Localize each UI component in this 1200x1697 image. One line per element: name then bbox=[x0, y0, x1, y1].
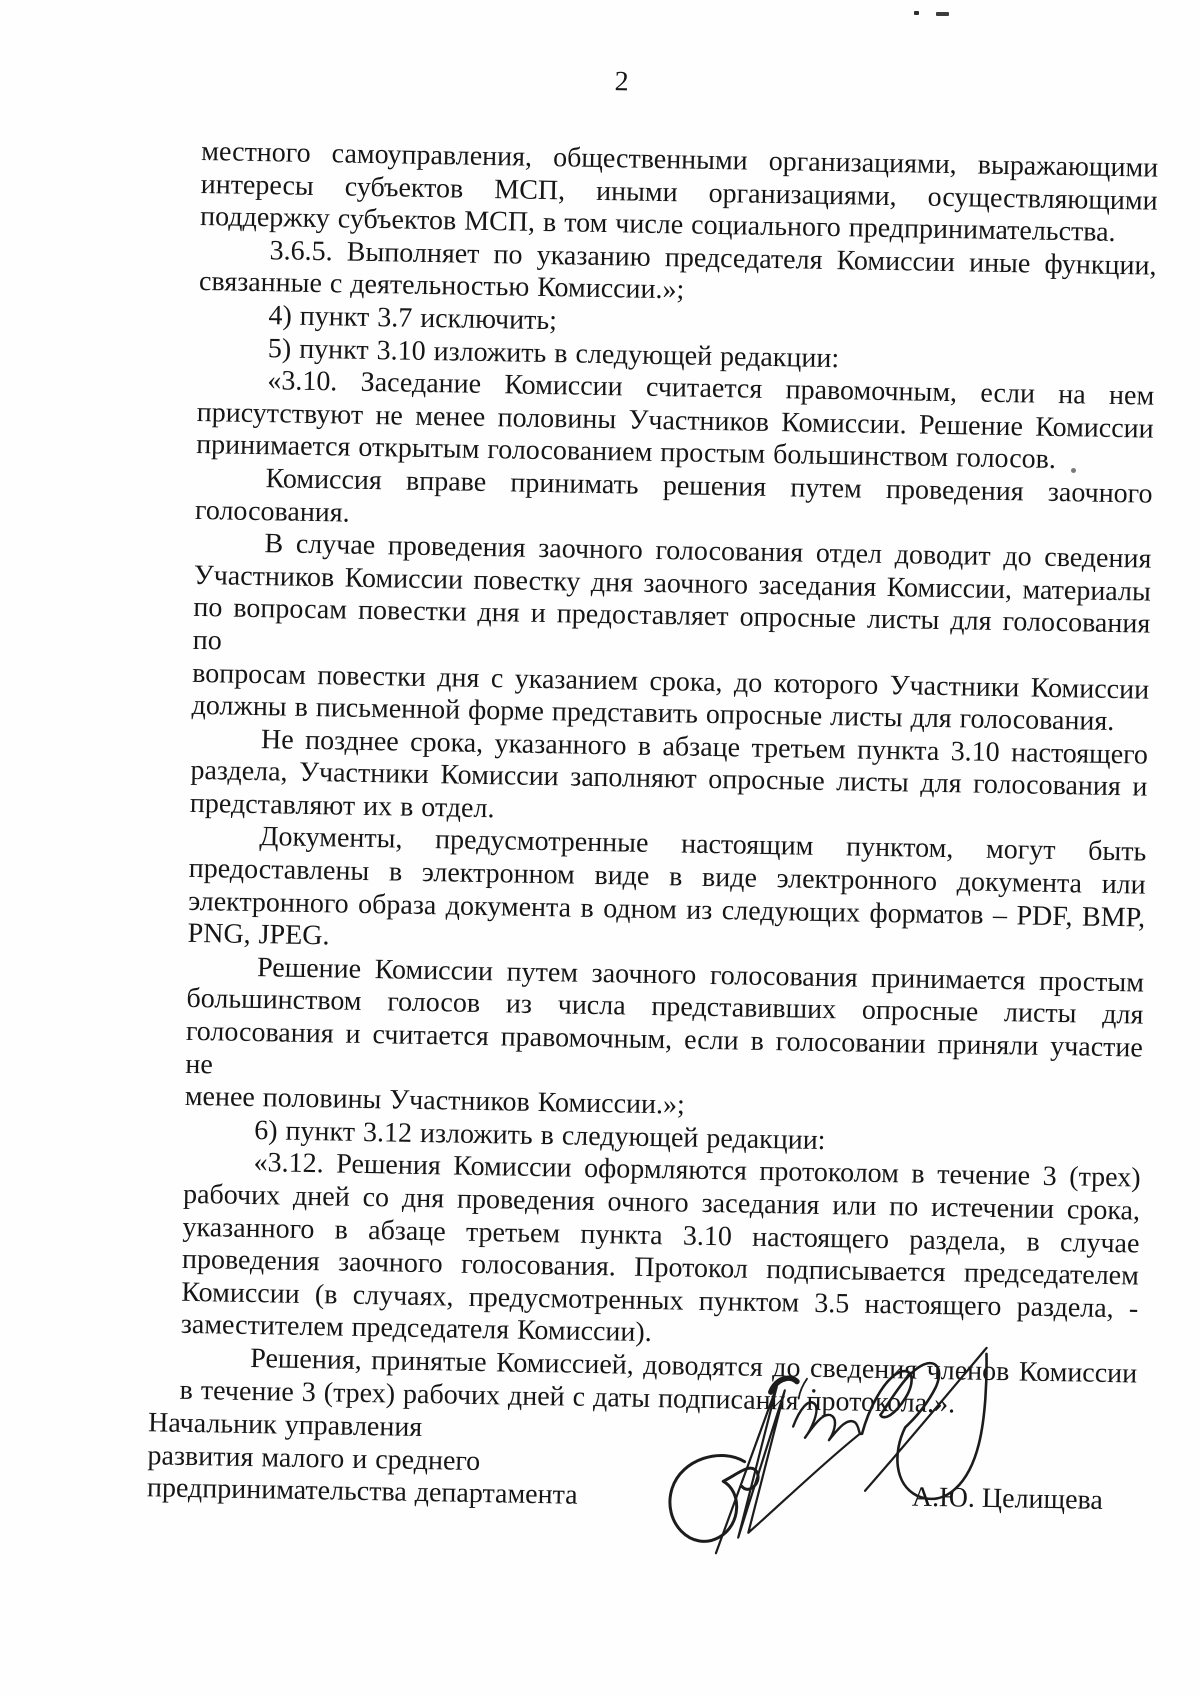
scanned-document-page: 2 местного самоуправления, общественными… bbox=[0, 0, 1200, 1697]
paragraph: «3.10. Заседание Комиссии считается прав… bbox=[196, 364, 1155, 478]
document-body: местного самоуправления, общественными о… bbox=[179, 136, 1158, 1424]
scan-artifact-dot bbox=[914, 11, 919, 15]
scan-artifact-dot bbox=[1071, 468, 1076, 473]
paragraph: В случае проведения заочного голосования… bbox=[191, 527, 1151, 739]
signature-stroke bbox=[799, 1379, 807, 1399]
page-number: 2 bbox=[614, 65, 630, 98]
signature-stroke bbox=[861, 1352, 987, 1500]
scan-content: 2 местного самоуправления, общественными… bbox=[176, 56, 1160, 1632]
signature-stroke bbox=[793, 1402, 863, 1441]
paragraph: Решение Комиссии путем заочного голосова… bbox=[185, 951, 1145, 1131]
signature-stroke bbox=[669, 1455, 758, 1543]
paragraph: местного самоуправления, общественными о… bbox=[200, 136, 1159, 250]
signatory-position: Начальник управления развития малого и с… bbox=[147, 1407, 579, 1512]
signature-dot bbox=[812, 1389, 815, 1392]
signature-stroke bbox=[716, 1385, 861, 1555]
signatory-position-line: предпринимательства департамента bbox=[147, 1472, 578, 1512]
handwritten-signature-image bbox=[646, 1330, 1002, 1574]
scan-artifact-dash bbox=[936, 12, 949, 16]
paragraph: «3.12. Решения Комиссии оформляются прот… bbox=[181, 1146, 1141, 1358]
paragraph: Документы, предусмотренные настоящим пун… bbox=[187, 820, 1146, 967]
paragraph: Не позднее срока, указанного в абзаце тр… bbox=[190, 723, 1149, 837]
